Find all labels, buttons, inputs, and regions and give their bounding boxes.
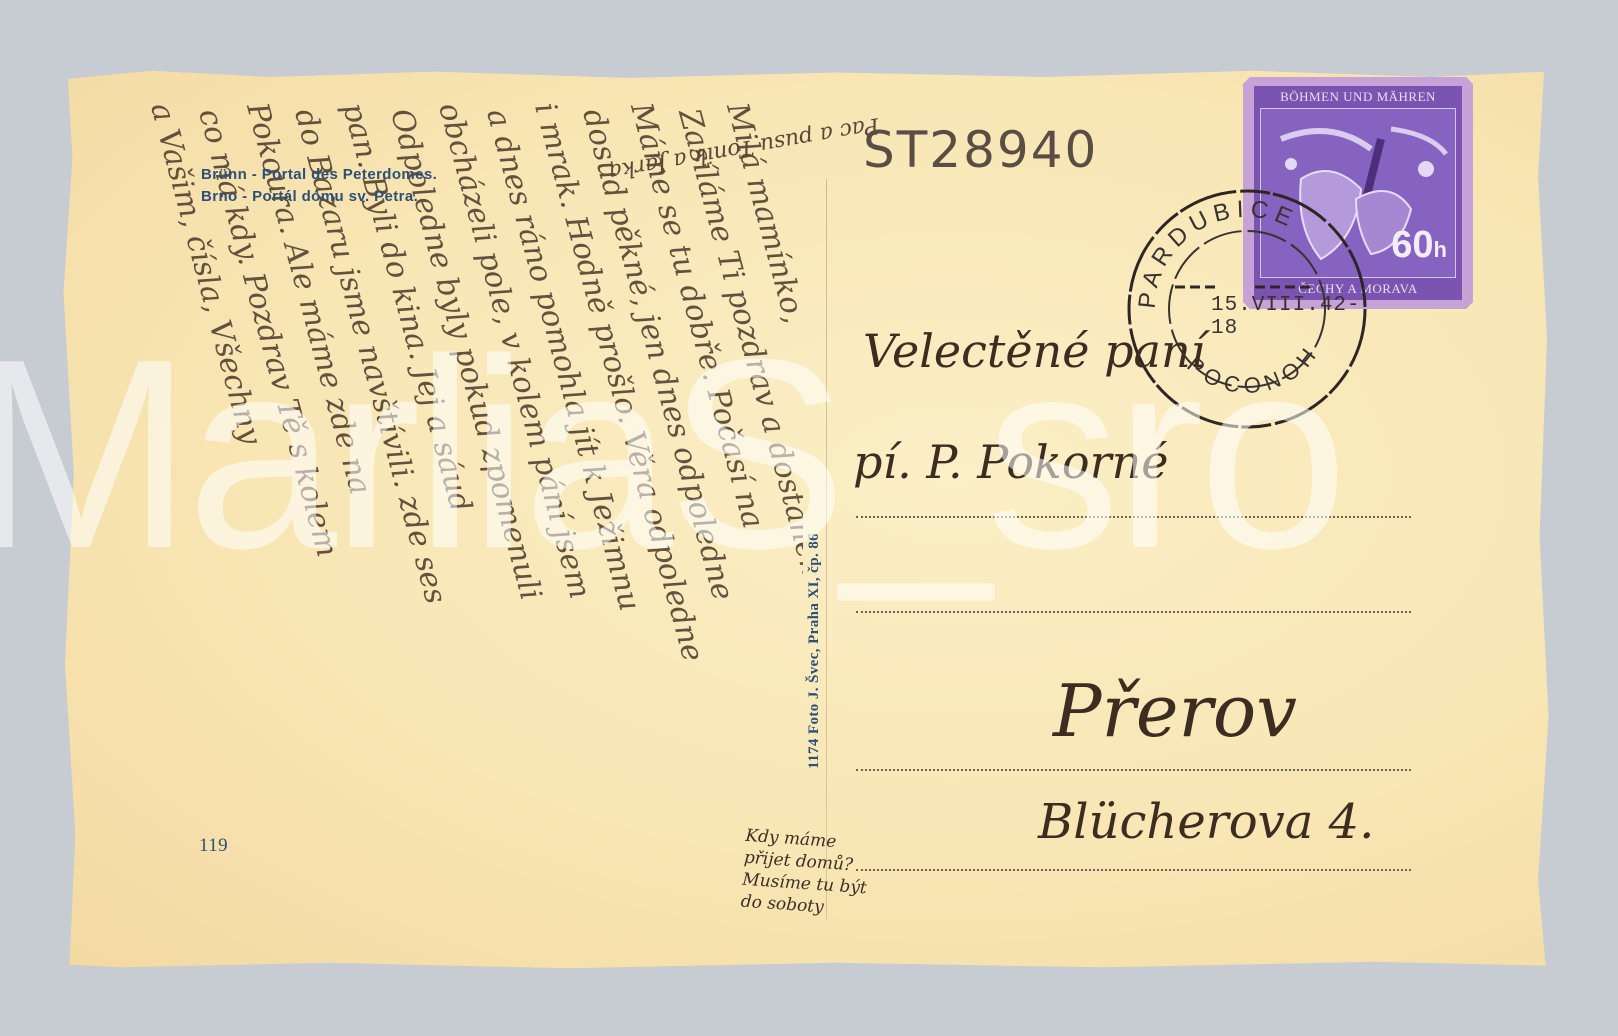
address-salutation: Velectěné paní — [863, 324, 1205, 378]
stamp-value: 60h — [1391, 224, 1447, 267]
reference-code: ST28940 — [863, 121, 1098, 179]
photographer-credit: 1174 Foto J. Švec, Praha XI, čp. 86 — [806, 299, 823, 769]
address-recipient: pí. P. Pokorné — [853, 435, 1168, 489]
center-divider — [826, 179, 827, 919]
address-line-4 — [856, 869, 1411, 871]
caption-czech: Brno - Portál dómu sv. Petra. — [201, 186, 437, 208]
address-line-2 — [856, 611, 1411, 613]
caption-german: Brünn - Portal des Peterdomes. — [201, 164, 437, 186]
address-street: Blücherova 4. — [1038, 794, 1374, 850]
printed-caption: Brünn - Portal des Peterdomes. Brno - Po… — [201, 164, 437, 208]
address-line-3 — [856, 769, 1411, 771]
postmark-cancellation: PARDUBICE POCONOH 15.VIII.42-18 — [1125, 187, 1369, 431]
handwritten-message: Milá mamínko,Zasíláme Ti pozdrav a dosta… — [103, 89, 803, 949]
plate-number: 119 — [199, 835, 228, 857]
svg-text:PARDUBICE: PARDUBICE — [1134, 196, 1302, 310]
postmark-date: 15.VIII.42-18 — [1211, 294, 1369, 340]
stamp-top-text: BÖHMEN UND MÄHREN — [1254, 89, 1462, 105]
address-line-1 — [856, 516, 1411, 518]
postcard-back: Milá mamínko,Zasíláme Ti pozdrav a dosta… — [62, 68, 1550, 970]
address-city: Přerov — [1053, 669, 1297, 753]
corner-note: Kdy mámepřijet domů?Musíme tu býtdo sobo… — [740, 825, 870, 921]
